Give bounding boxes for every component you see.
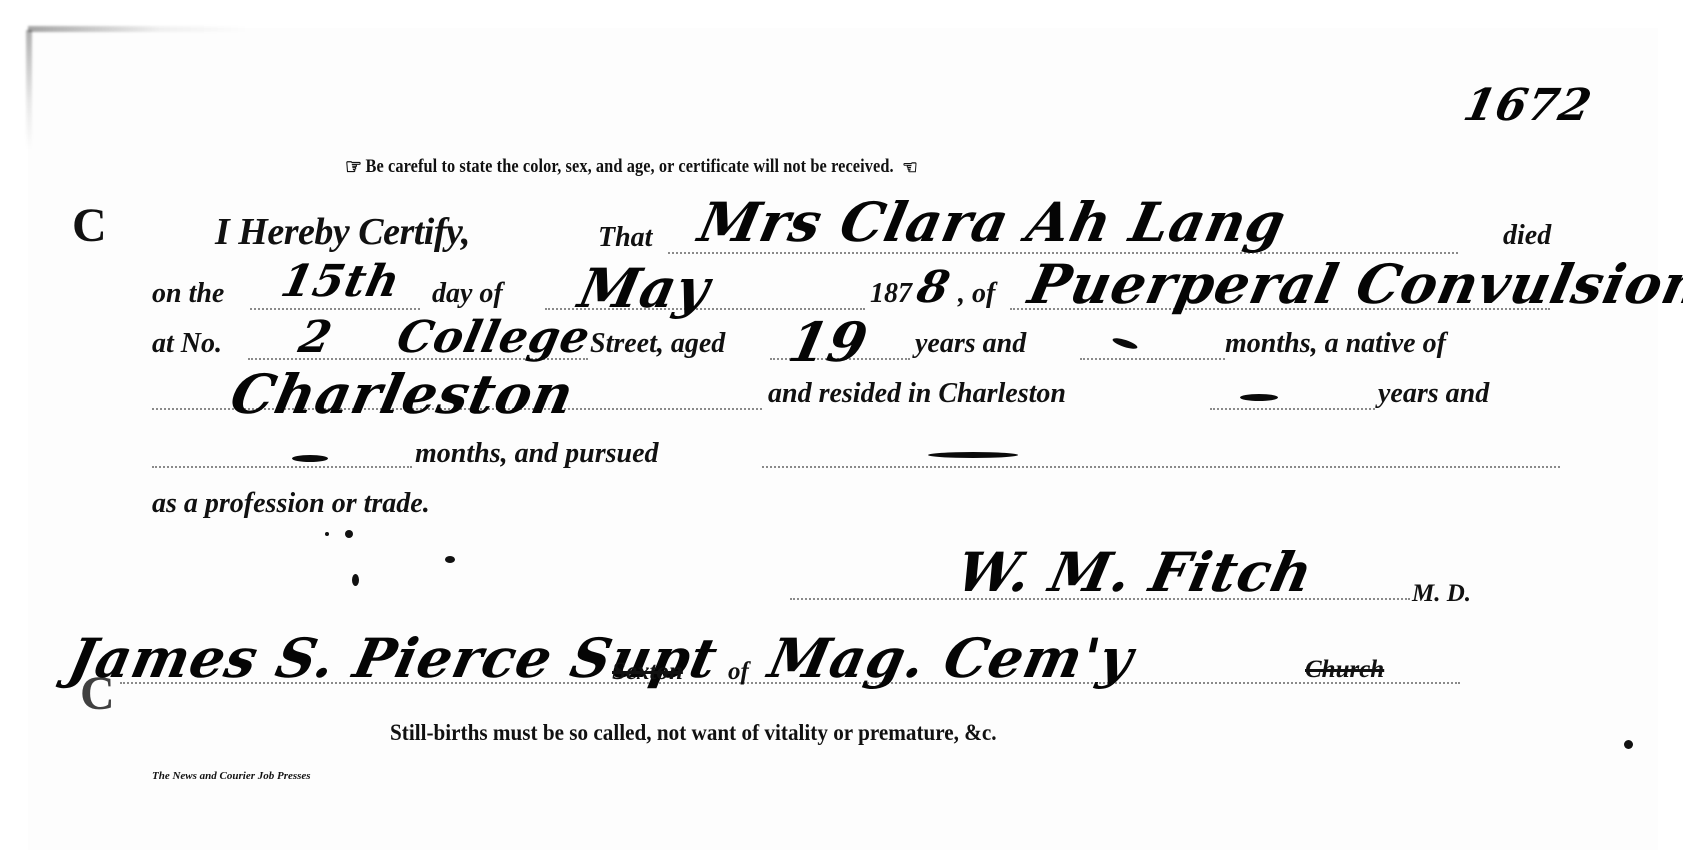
resided-months-field [292, 455, 328, 462]
form-label-day-of: day of [432, 278, 503, 310]
header-note: ☞Be careful to state the color, sex, and… [345, 154, 918, 180]
physician-signature: W. M. Fitch [951, 540, 1319, 604]
form-label-year-prefix: 187 [870, 278, 912, 310]
ink-speck [1624, 740, 1633, 749]
form-label-profession: as a profession or trade. [152, 488, 430, 520]
form-label-on-the: on the [152, 278, 224, 310]
form-label-church-struck: Church [1305, 656, 1384, 684]
certificate-number: 1672 [1459, 80, 1596, 131]
age-months-field-line [1080, 358, 1225, 360]
resided-months-field-line [152, 466, 412, 468]
margin-letter: C [72, 198, 107, 253]
deceased-name-field: Mrs Clara Ah Lang [693, 190, 1292, 254]
form-intro: I Hereby Certify, [215, 210, 470, 254]
cemetery-field: Mag. Cem'y [763, 626, 1139, 690]
form-label-sexton-struck: Sexton [612, 658, 683, 686]
form-label-of-2: of [728, 658, 749, 686]
form-label-md: M. D. [1412, 580, 1471, 608]
age-years-field: 19 [783, 310, 874, 374]
resided-years-field [1240, 394, 1278, 401]
pointing-hand-right-icon: ☞ [345, 154, 362, 180]
ink-speck [352, 574, 359, 586]
form-label-months-native: months, a native of [1225, 328, 1446, 360]
ink-speck [345, 530, 353, 538]
form-label-died: died [1503, 220, 1551, 252]
ink-speck [445, 556, 455, 563]
form-label-years-and: years and [915, 328, 1026, 360]
form-label-resided: and resided in Charleston [768, 378, 1066, 410]
footer-note: Still-births must be so called, not want… [390, 720, 997, 746]
scan-edge-smudge [26, 30, 32, 150]
form-label-street-aged: Street, aged [590, 328, 725, 360]
day-field-line [250, 308, 420, 310]
form-label-that: That [598, 222, 652, 254]
form-label-of: , of [958, 278, 995, 310]
street-field: College [393, 312, 595, 363]
profession-field [928, 452, 1018, 458]
death-day-field: 15th [277, 256, 405, 307]
death-month-field: May [573, 256, 716, 320]
scan-edge-smudge [28, 26, 248, 32]
form-label-years-and-2: years and [1378, 378, 1489, 410]
resided-years-field-line [1210, 408, 1375, 410]
printer-imprint: The News and Courier Job Presses [152, 770, 311, 782]
form-label-pursued: months, and pursued [415, 438, 659, 470]
cause-of-death-field: Puerperal Convulsions [1023, 252, 1683, 316]
form-label-at-no: at No. [152, 328, 222, 360]
pointing-hand-left-icon: ☜ [902, 155, 918, 180]
profession-field-line [762, 466, 1560, 468]
native-of-field: Charleston [225, 362, 580, 426]
ink-speck [325, 532, 329, 536]
